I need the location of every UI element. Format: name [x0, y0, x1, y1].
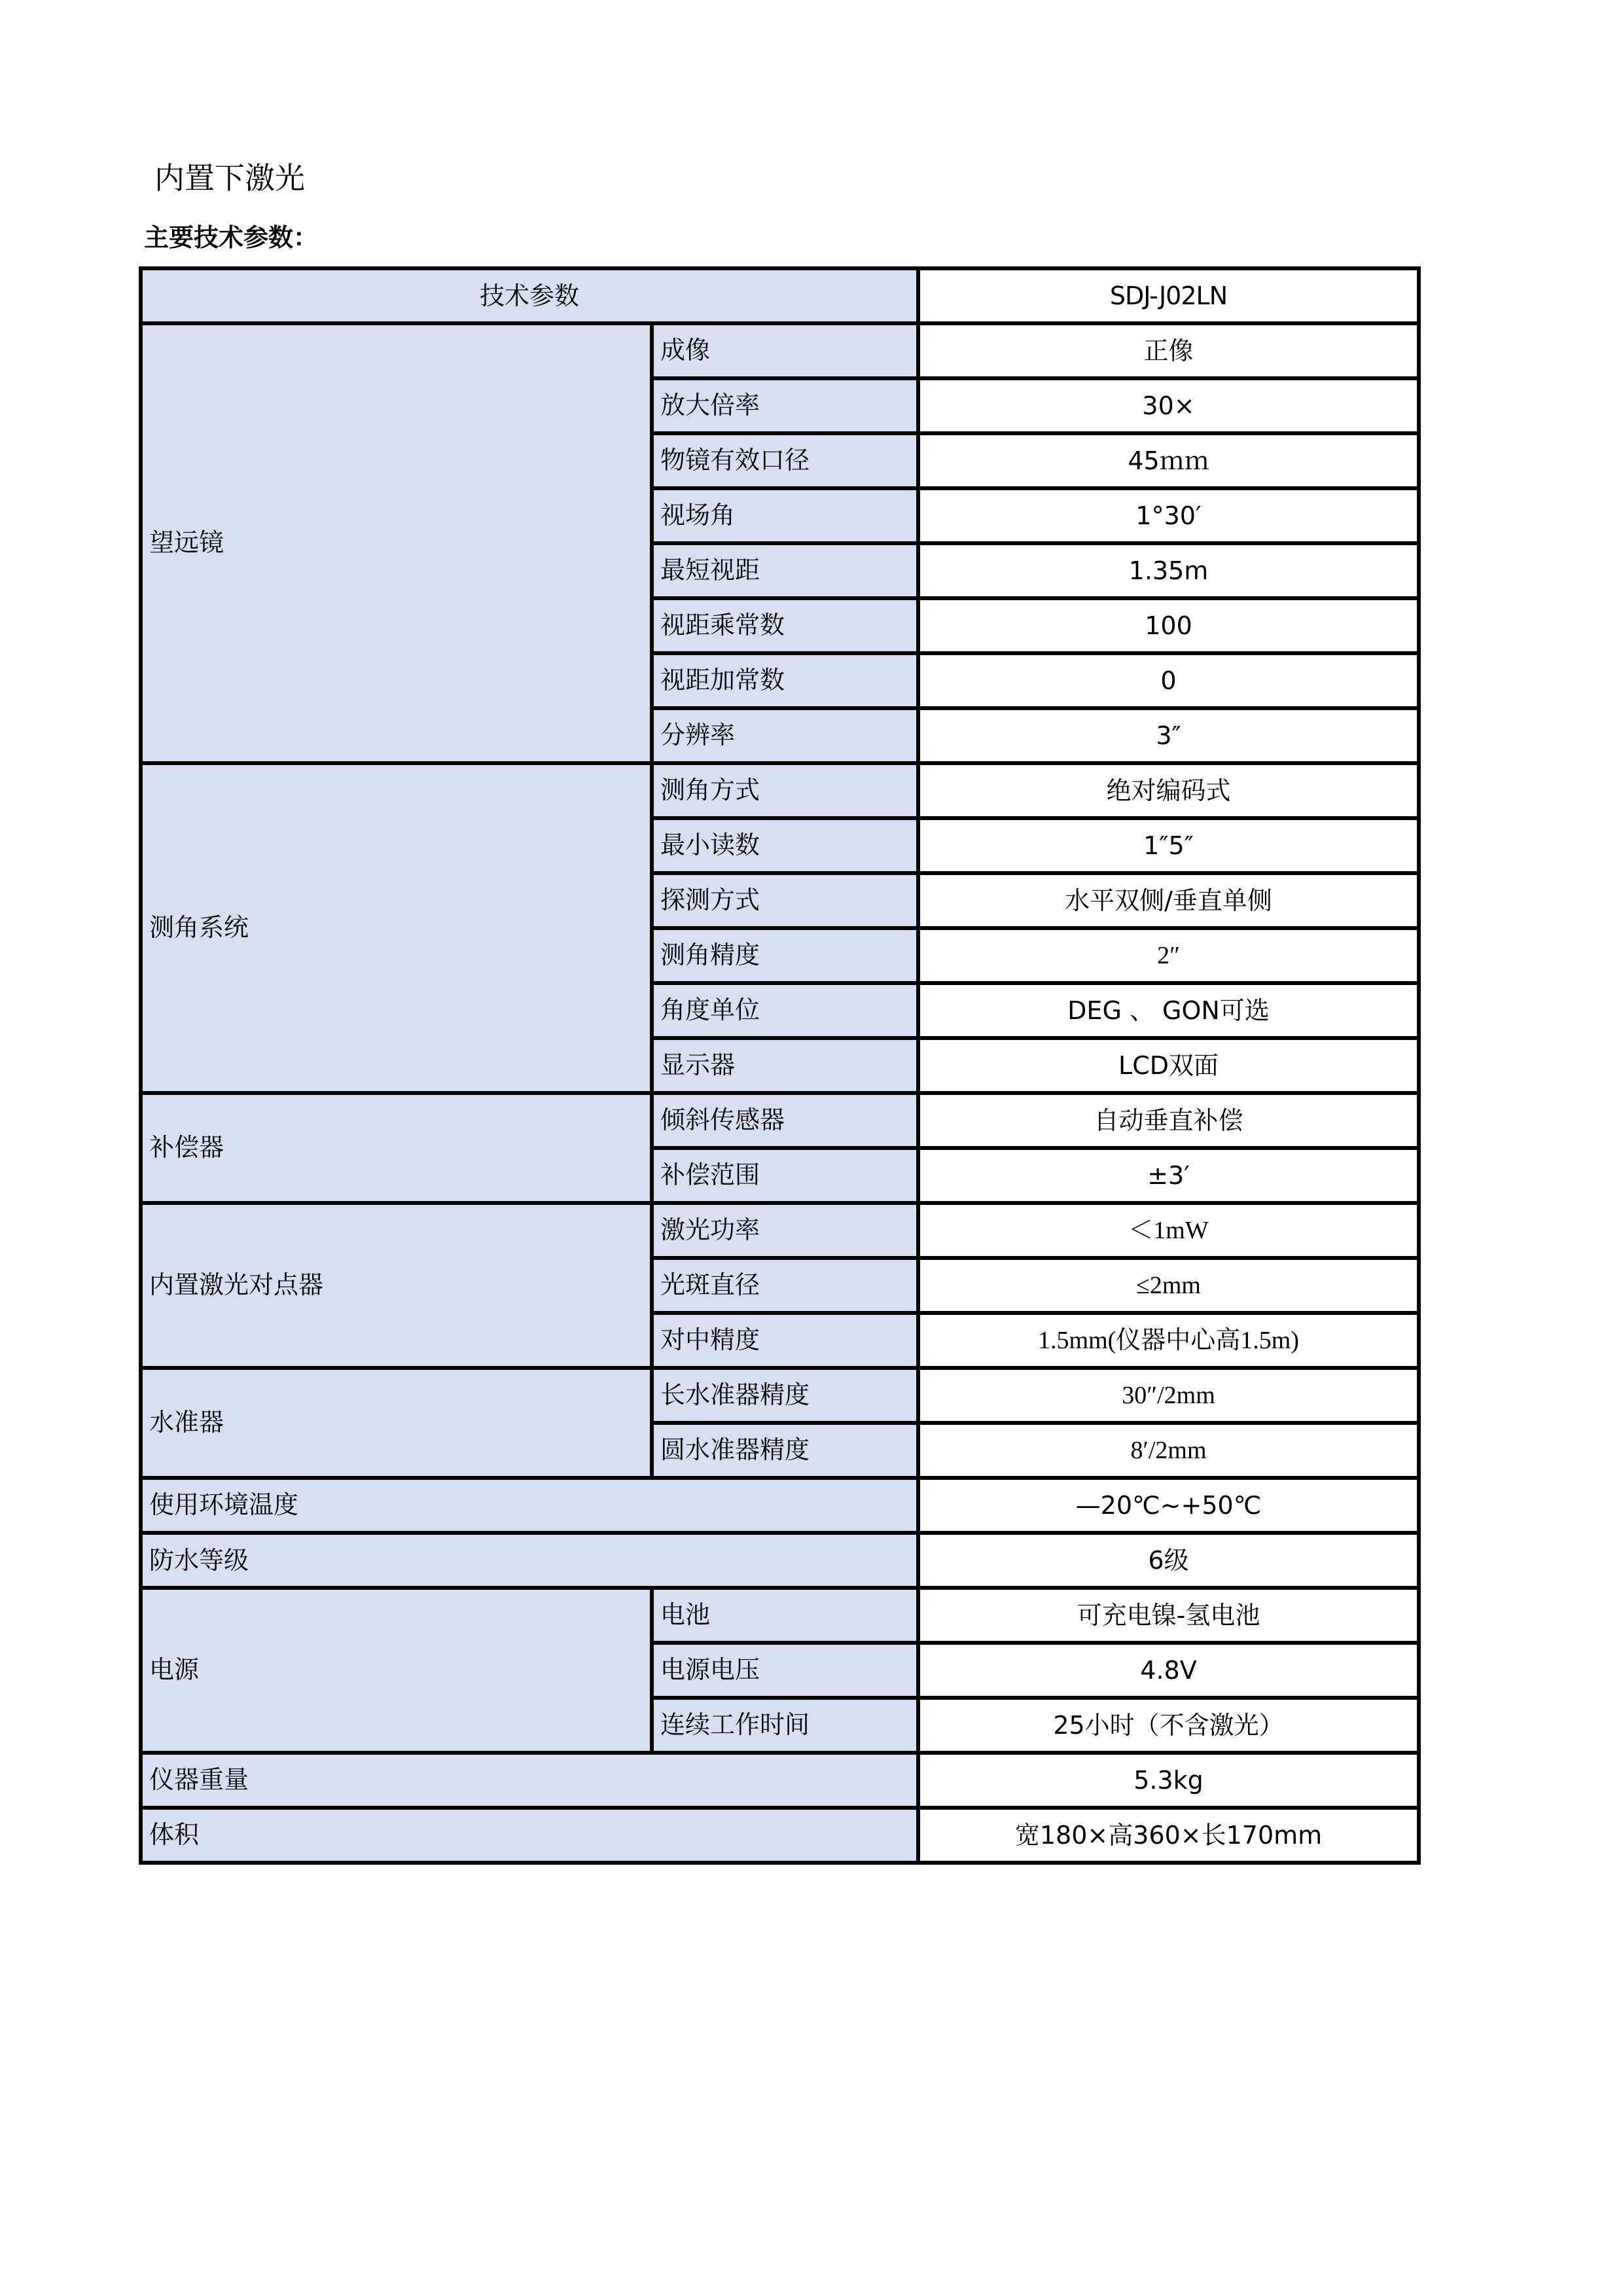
section-heading: 主要技术参数： — [144, 221, 318, 254]
row-label: 成像 — [652, 323, 918, 378]
row-label: 测角精度 — [652, 928, 918, 983]
row-value: 0 — [918, 653, 1419, 708]
row-value: 25小时（不含激光） — [918, 1698, 1419, 1753]
row-value: 30″/2mm — [918, 1368, 1419, 1423]
row-value: 宽180×高360×长170mm — [918, 1808, 1419, 1863]
row-value: 1″5″ — [918, 818, 1419, 873]
row-label: 圆水准器精度 — [652, 1423, 918, 1478]
row-value: DEG 、 GON可选 — [918, 983, 1419, 1038]
row-value: 5.3kg — [918, 1753, 1419, 1808]
table-row: 水准器 长水准器精度 30″/2mm — [141, 1368, 1419, 1423]
table-row: 体积 宽180×高360×长170mm — [141, 1808, 1419, 1863]
row-value: 30× — [918, 378, 1419, 433]
table-row: 补偿器 倾斜传感器 自动垂直补偿 — [141, 1093, 1419, 1148]
row-value: 1°30′ — [918, 488, 1419, 543]
table-row: 测角系统 测角方式 绝对编码式 — [141, 763, 1419, 818]
row-label: 视距加常数 — [652, 653, 918, 708]
row-value: 1.35m — [918, 543, 1419, 598]
header-param-label: 技术参数 — [141, 268, 918, 323]
row-value: ±3′ — [918, 1148, 1419, 1203]
row-label: 最短视距 — [652, 543, 918, 598]
row-value: ＜1mW — [918, 1203, 1419, 1258]
row-value: 正像 — [918, 323, 1419, 378]
row-label-weight: 仪器重量 — [141, 1753, 918, 1808]
row-label: 物镜有效口径 — [652, 433, 918, 488]
group-label-laser-plummet: 内置激光对点器 — [141, 1203, 652, 1368]
header-model: SDJ-J02LN — [918, 268, 1419, 323]
row-label-dimensions: 体积 — [141, 1808, 918, 1863]
table-row: 电源 电池 可充电镍-氢电池 — [141, 1588, 1419, 1643]
row-label: 测角方式 — [652, 763, 918, 818]
group-label-compensator: 补偿器 — [141, 1093, 652, 1203]
row-value: 绝对编码式 — [918, 763, 1419, 818]
table-row: 防水等级 6级 — [141, 1533, 1419, 1588]
row-label: 电源电压 — [652, 1643, 918, 1698]
row-label: 连续工作时间 — [652, 1698, 918, 1753]
group-label-telescope: 望远镜 — [141, 323, 652, 763]
row-value: 45ｍｍ — [918, 433, 1419, 488]
table-row: 内置激光对点器 激光功率 ＜1mW — [141, 1203, 1419, 1258]
row-value: 可充电镍-氢电池 — [918, 1588, 1419, 1643]
row-label: 分辨率 — [652, 708, 918, 763]
row-value: 8′/2mm — [918, 1423, 1419, 1478]
row-label: 激光功率 — [652, 1203, 918, 1258]
table-row: 仪器重量 5.3kg — [141, 1753, 1419, 1808]
table-row: 使用环境温度 —20℃~+50℃ — [141, 1478, 1419, 1533]
row-label: 倾斜传感器 — [652, 1093, 918, 1148]
table-header-row: 技术参数 SDJ-J02LN — [141, 268, 1419, 323]
row-label: 最小读数 — [652, 818, 918, 873]
row-label: 放大倍率 — [652, 378, 918, 433]
table-row: 望远镜 成像 正像 — [141, 323, 1419, 378]
row-value: 水平双侧/垂直单侧 — [918, 873, 1419, 928]
row-label: 长水准器精度 — [652, 1368, 918, 1423]
row-value: —20℃~+50℃ — [918, 1478, 1419, 1533]
row-label-waterproof-rating: 防水等级 — [141, 1533, 918, 1588]
row-value: 1.5mm(仪器中心高1.5m) — [918, 1313, 1419, 1368]
row-value: 100 — [918, 598, 1419, 653]
group-label-level-vial: 水准器 — [141, 1368, 652, 1478]
row-label: 补偿范围 — [652, 1148, 918, 1203]
row-label: 探测方式 — [652, 873, 918, 928]
group-label-angle-system: 测角系统 — [141, 763, 652, 1093]
row-label: 角度单位 — [652, 983, 918, 1038]
row-label-operating-temperature: 使用环境温度 — [141, 1478, 918, 1533]
row-value: 3″ — [918, 708, 1419, 763]
row-label: 视场角 — [652, 488, 918, 543]
group-label-power: 电源 — [141, 1588, 652, 1753]
row-value: 6级 — [918, 1533, 1419, 1588]
row-value: LCD双面 — [918, 1038, 1419, 1093]
spec-table: 技术参数 SDJ-J02LN 望远镜 成像 正像 放大倍率 30× 物镜有效口径… — [139, 266, 1421, 1865]
row-label: 电池 — [652, 1588, 918, 1643]
row-label: 光斑直径 — [652, 1258, 918, 1313]
row-label: 视距乘常数 — [652, 598, 918, 653]
row-value: 2″ — [918, 928, 1419, 983]
row-value: ≤2mm — [918, 1258, 1419, 1313]
row-value: 自动垂直补偿 — [918, 1093, 1419, 1148]
row-value: 4.8V — [918, 1643, 1419, 1698]
row-label: 对中精度 — [652, 1313, 918, 1368]
page-title: 内置下激光 — [154, 160, 305, 196]
row-label: 显示器 — [652, 1038, 918, 1093]
